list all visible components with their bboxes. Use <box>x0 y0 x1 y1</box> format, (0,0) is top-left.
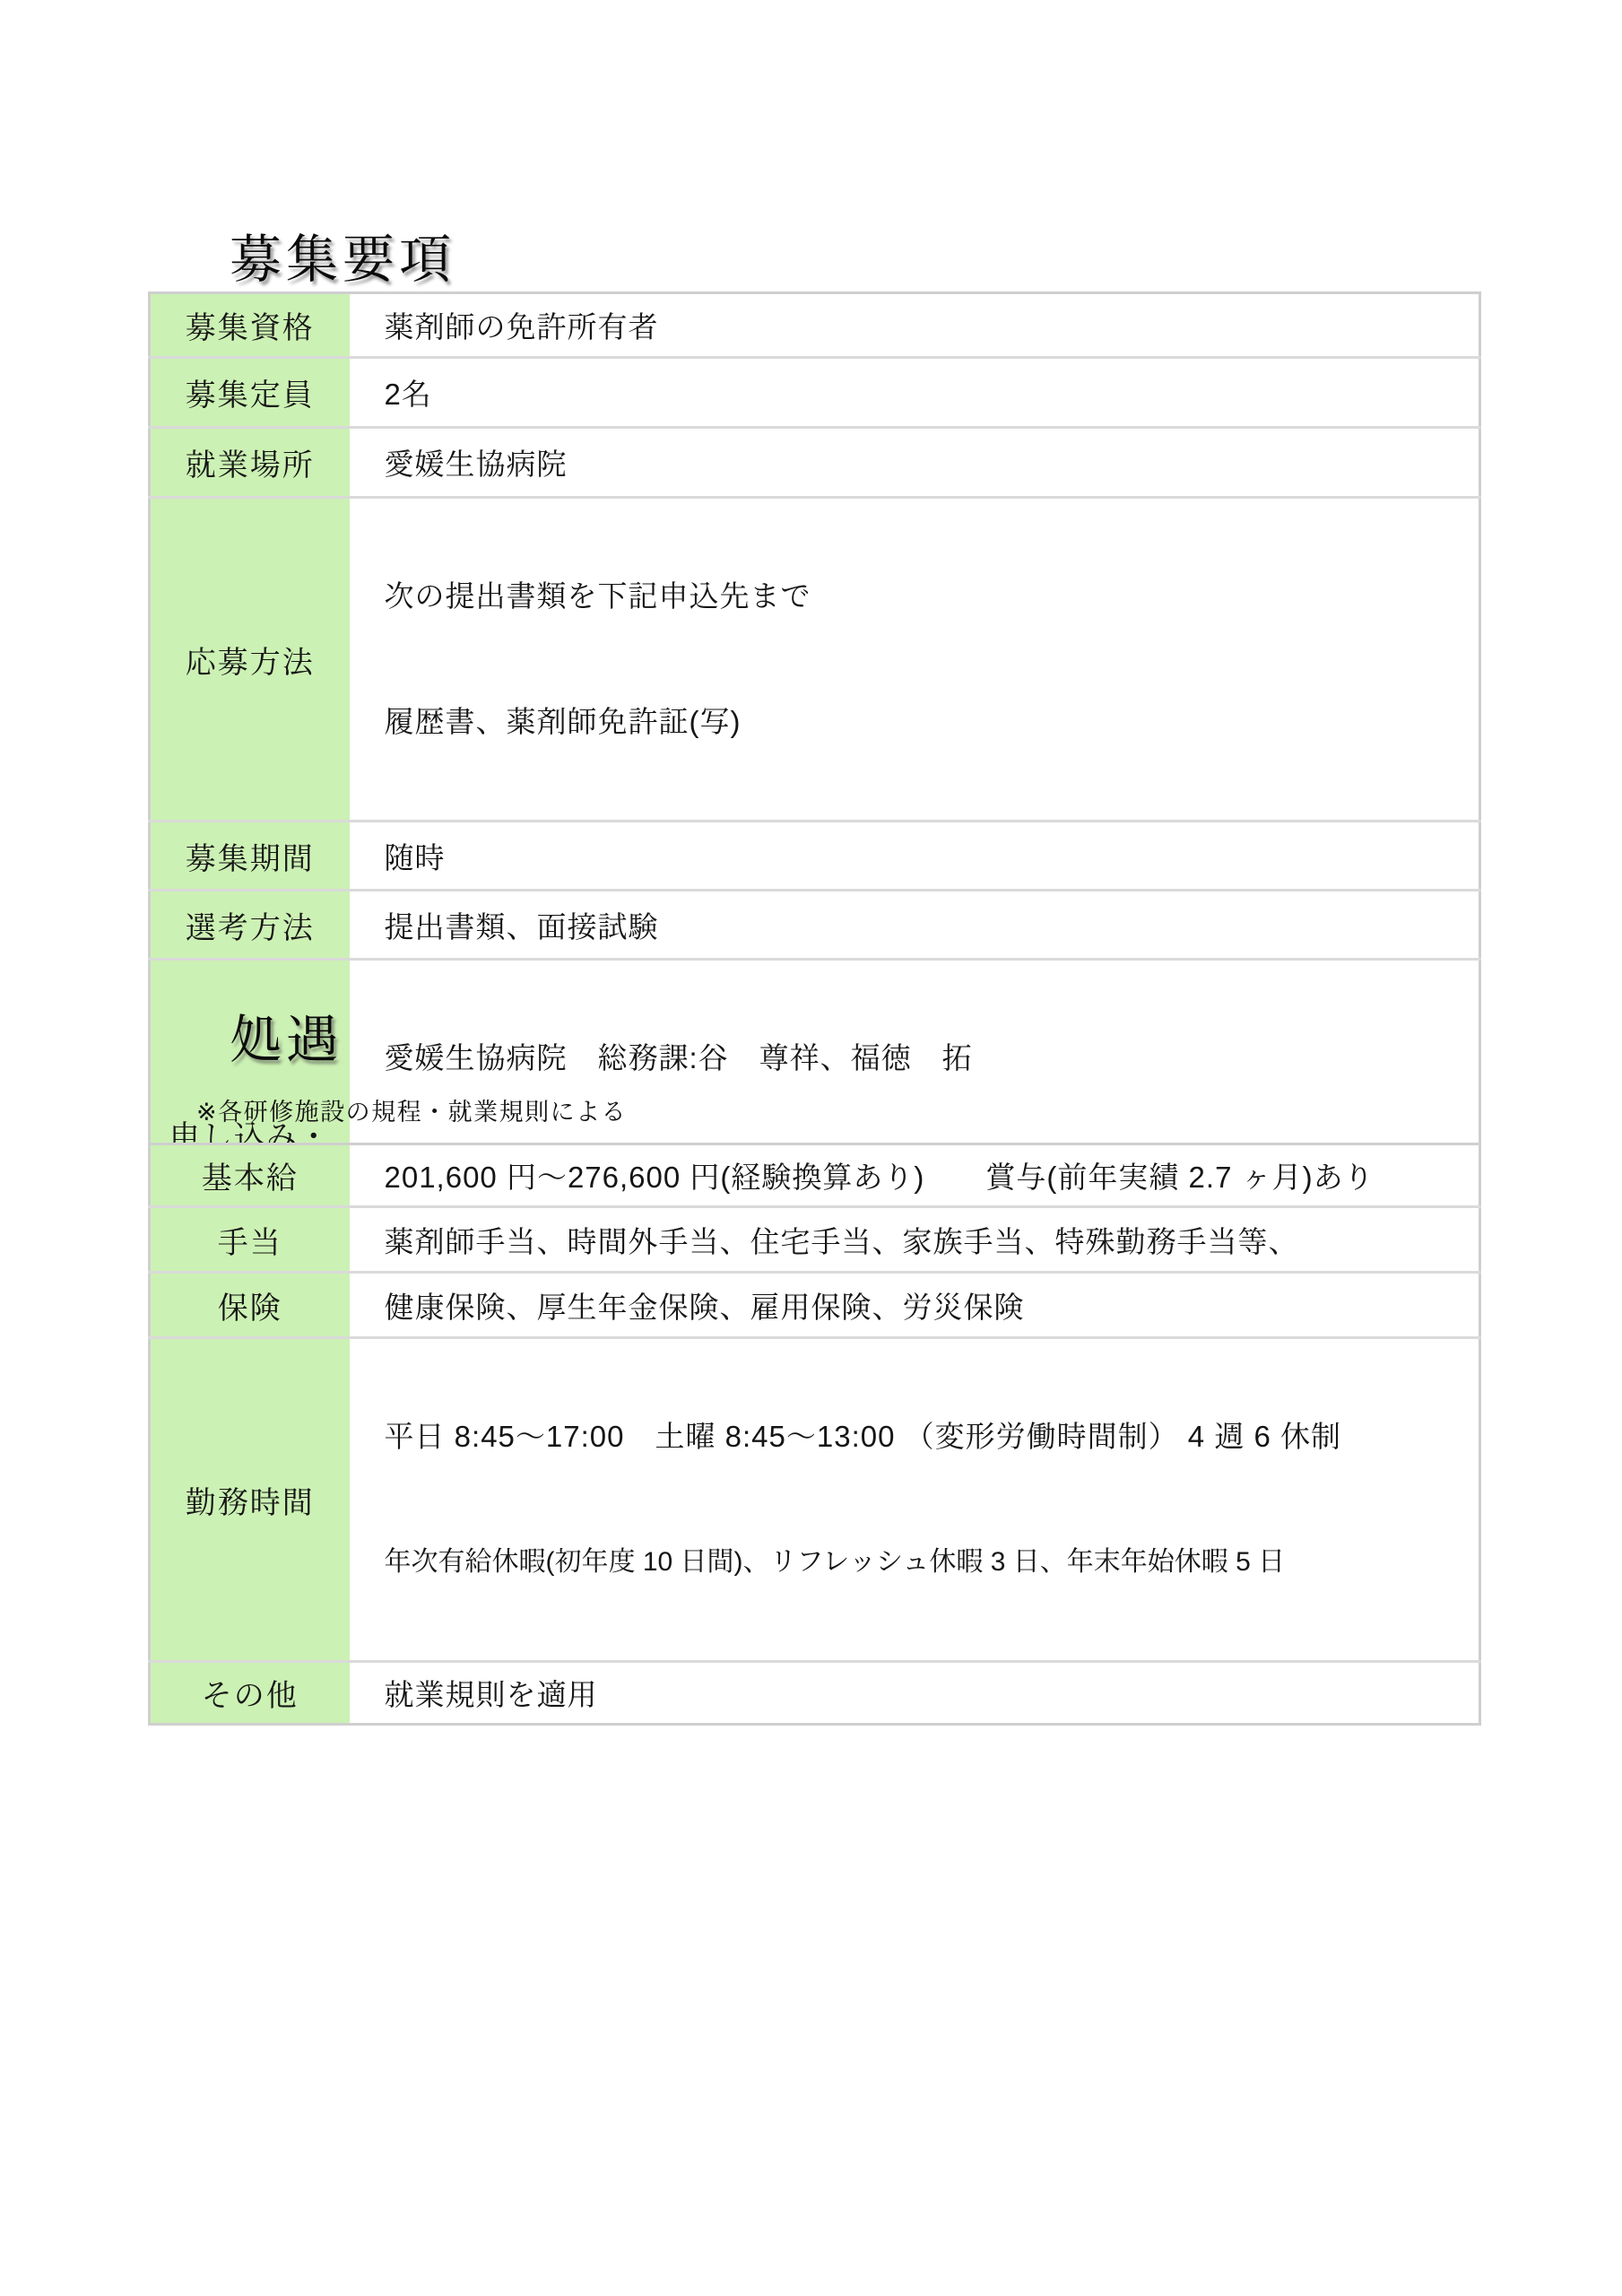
table-row: 基本給 201,600 円～276,600 円(経験換算あり) 賞与(前年実績 … <box>150 1144 1480 1207</box>
row-value: 健康保険、厚生年金保険、雇用保険、労災保険 <box>364 1273 1480 1338</box>
column-gap <box>350 1207 364 1273</box>
value-line: 年次有給休暇(初年度 10 日間)、リフレッシュ休暇 3 日、年末年始休暇 5 … <box>385 1534 1474 1591</box>
table-row: 募集定員 2名 <box>150 358 1480 428</box>
row-value: 201,600 円～276,600 円(経験換算あり) 賞与(前年実績 2.7 … <box>364 1144 1480 1207</box>
table-row: 募集期間 随時 <box>150 822 1480 891</box>
table-row: 選考方法 提出書類、面接試験 <box>150 891 1480 960</box>
row-label: 就業場所 <box>150 428 350 498</box>
column-gap <box>350 1338 364 1662</box>
column-gap <box>350 822 364 891</box>
row-label: 手当 <box>150 1207 350 1273</box>
value-line: 平日 8:45～17:00 土曜 8:45～13:00 （変形労働時間制） 4 … <box>385 1408 1474 1465</box>
column-gap <box>350 428 364 498</box>
value-line: 次の提出書類を下記申込先まで <box>385 568 1474 625</box>
table-row: その他 就業規則を適用 <box>150 1662 1480 1725</box>
column-gap <box>350 891 364 960</box>
row-value: 随時 <box>364 822 1480 891</box>
row-value: 薬剤師の免許所有者 <box>364 293 1480 358</box>
document-page: 募集要項 募集資格 薬剤師の免許所有者 募集定員 2名 就業場所 愛媛生協病院 … <box>0 0 1622 2296</box>
table-row: 募集資格 薬剤師の免許所有者 <box>150 293 1480 358</box>
row-label: その他 <box>150 1662 350 1725</box>
column-gap <box>350 1273 364 1338</box>
row-label: 選考方法 <box>150 891 350 960</box>
table-row: 手当 薬剤師手当、時間外手当、住宅手当、家族手当、特殊勤務手当等、 <box>150 1207 1480 1273</box>
column-gap <box>350 1662 364 1725</box>
row-label: 応募方法 <box>150 498 350 822</box>
table-row: 応募方法 次の提出書類を下記申込先まで 履歴書、薬剤師免許証(写) <box>150 498 1480 822</box>
section2-title: 処遇 <box>230 997 343 1073</box>
row-label: 基本給 <box>150 1144 350 1207</box>
column-gap <box>350 293 364 358</box>
row-value: 提出書類、面接試験 <box>364 891 1480 960</box>
row-value: 薬剤師手当、時間外手当、住宅手当、家族手当、特殊勤務手当等、 <box>364 1207 1480 1273</box>
column-gap <box>350 1144 364 1207</box>
row-value: 愛媛生協病院 <box>364 428 1480 498</box>
section2-note: ※各研修施設の規程・就業規則による <box>196 1092 627 1127</box>
treatment-table: 基本給 201,600 円～276,600 円(経験換算あり) 賞与(前年実績 … <box>148 1143 1481 1726</box>
column-gap <box>350 358 364 428</box>
row-label: 募集資格 <box>150 293 350 358</box>
row-value: 就業規則を適用 <box>364 1662 1480 1725</box>
row-label: 募集期間 <box>150 822 350 891</box>
value-line: 履歴書、薬剤師免許証(写) <box>385 693 1474 751</box>
contact-organization: 愛媛生協病院 総務課:谷 尊祥、福徳 拓 <box>385 1030 1474 1087</box>
row-label: 募集定員 <box>150 358 350 428</box>
row-label: 勤務時間 <box>150 1338 350 1662</box>
table-row: 勤務時間 平日 8:45～17:00 土曜 8:45～13:00 （変形労働時間… <box>150 1338 1480 1662</box>
row-value: 2名 <box>364 358 1480 428</box>
table-row: 就業場所 愛媛生協病院 <box>150 428 1480 498</box>
row-label: 保険 <box>150 1273 350 1338</box>
section1-title: 募集要項 <box>230 217 455 292</box>
table-row: 保険 健康保険、厚生年金保険、雇用保険、労災保険 <box>150 1273 1480 1338</box>
row-value: 平日 8:45～17:00 土曜 8:45～13:00 （変形労働時間制） 4 … <box>364 1338 1480 1662</box>
column-gap <box>350 498 364 822</box>
row-value: 次の提出書類を下記申込先まで 履歴書、薬剤師免許証(写) <box>364 498 1480 822</box>
